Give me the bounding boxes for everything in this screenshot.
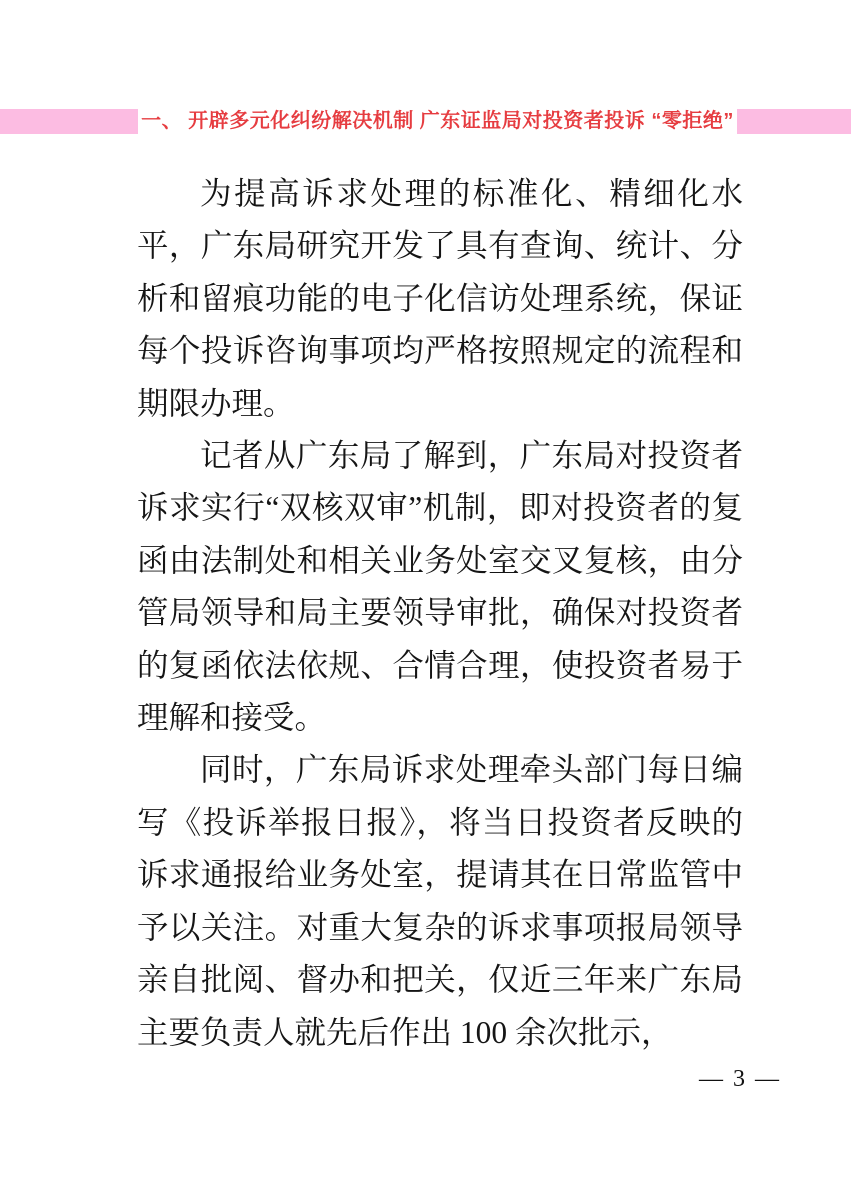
paragraph-3: 同时，广东局诉求处理牵头部门每日编写《投诉举报日报》，将当日投资者反映的诉求通报… bbox=[137, 744, 743, 1058]
header-band-right bbox=[737, 109, 851, 134]
body-text: 为提高诉求处理的标准化、精细化水平，广东局研究开发了具有查询、统计、分析和留痕功… bbox=[137, 168, 743, 1059]
paragraph-1: 为提高诉求处理的标准化、精细化水平，广东局研究开发了具有查询、统计、分析和留痕功… bbox=[137, 168, 743, 430]
document-page: 一、 开辟多元化纠纷解决机制 广东证监局对投资者投诉 “零拒绝” 为提高诉求处理… bbox=[0, 0, 851, 1189]
paragraph-2: 记者从广东局了解到，广东局对投资者诉求实行“双核双审”机制，即对投资者的复函由法… bbox=[137, 430, 743, 744]
chapter-title: 一、 开辟多元化纠纷解决机制 广东证监局对投资者投诉 “零拒绝” bbox=[138, 109, 737, 134]
running-head: 一、 开辟多元化纠纷解决机制 广东证监局对投资者投诉 “零拒绝” bbox=[0, 109, 851, 134]
header-band-left bbox=[0, 109, 138, 134]
page-number: — 3 — bbox=[690, 1066, 790, 1093]
